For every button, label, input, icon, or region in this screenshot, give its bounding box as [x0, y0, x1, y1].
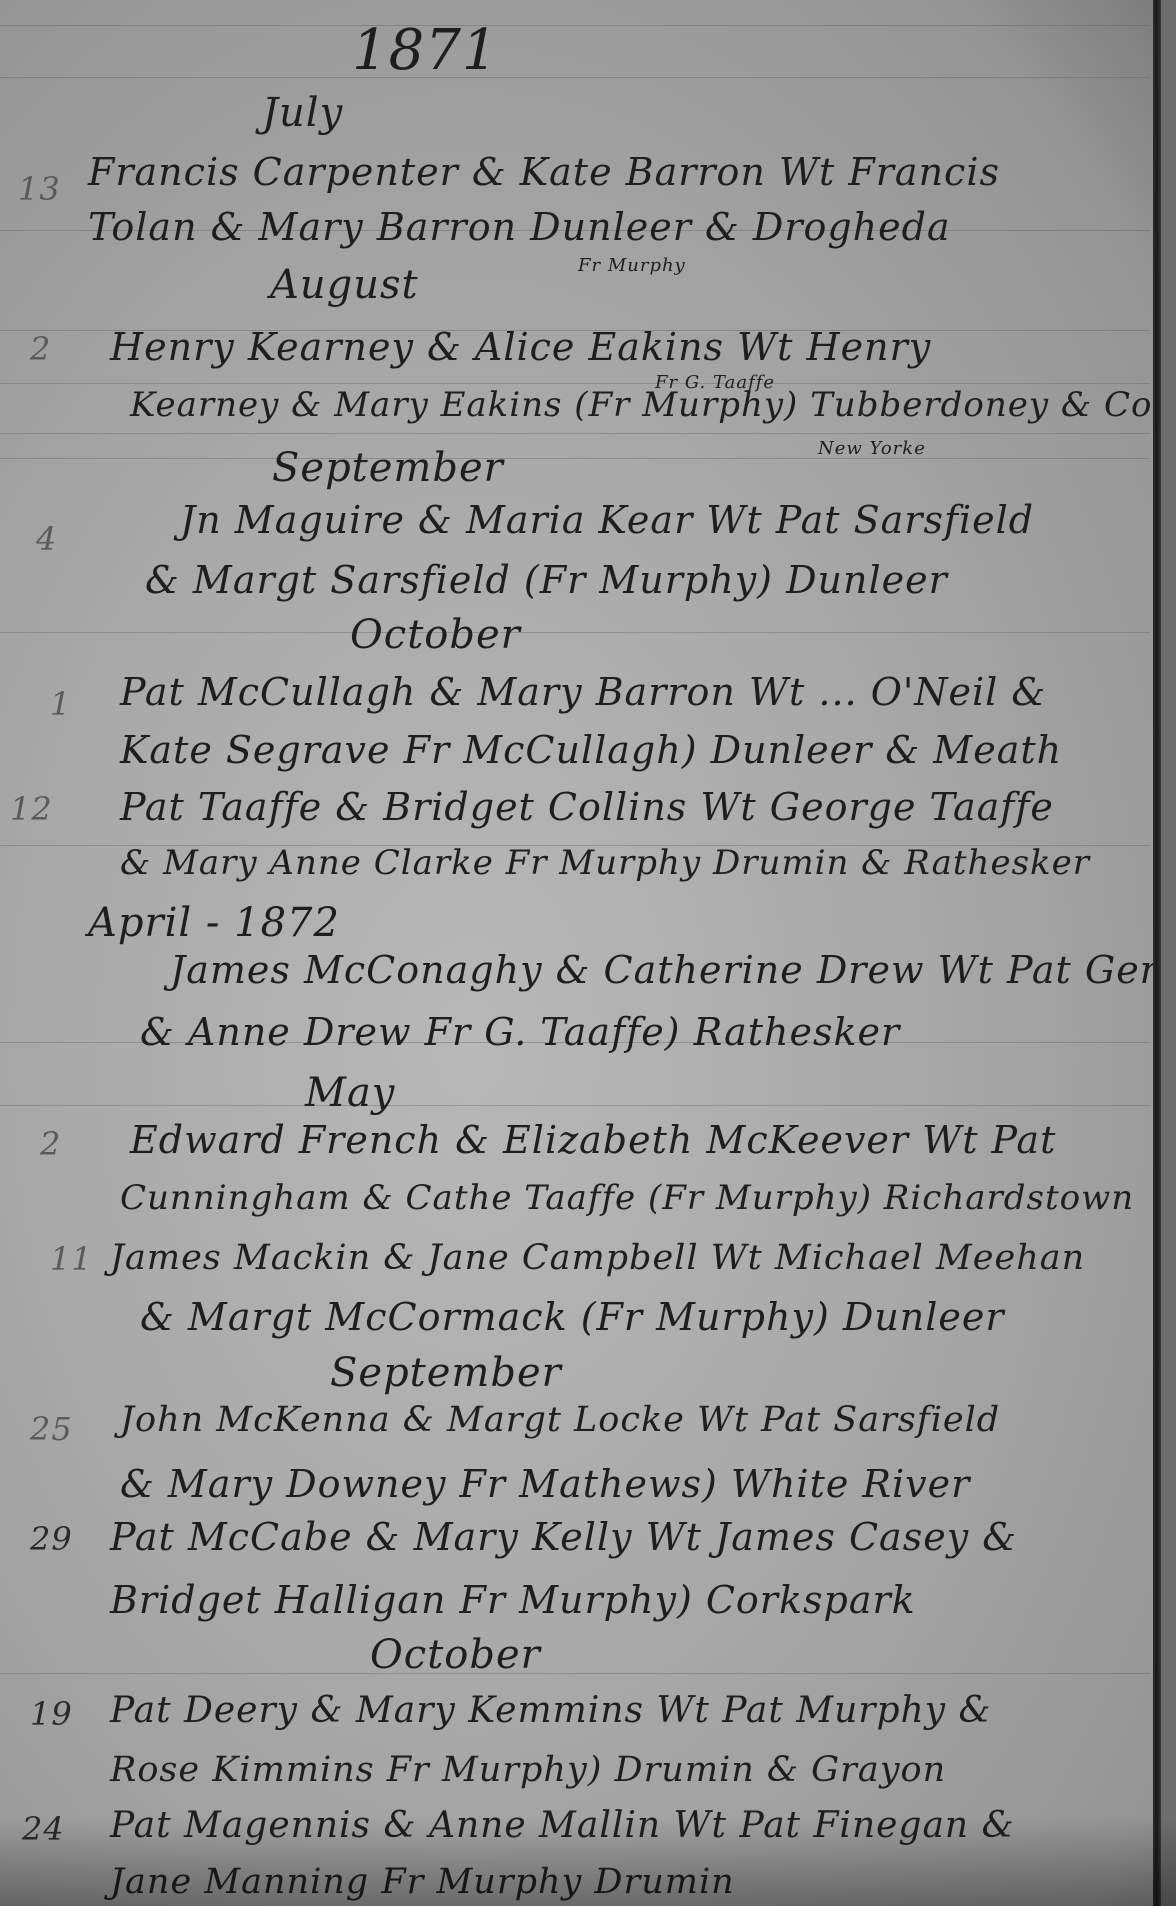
entry-line: & Mary Downey Fr Mathews) White River	[120, 1462, 970, 1506]
entry-day: 13	[18, 170, 61, 208]
entry-line: Edward French & Elizabeth McKeever Wt Pa…	[130, 1118, 1056, 1162]
entry-line: Kate Segrave Fr McCullagh) Dunleer & Mea…	[120, 728, 1062, 772]
facing-page-edge	[1161, 0, 1176, 1906]
month-heading: September	[330, 1350, 562, 1396]
entry-day: 29	[30, 1520, 73, 1558]
entry-line: & Margt Sarsfield (Fr Murphy) Dunleer	[145, 558, 948, 602]
entry-day: 11	[50, 1240, 93, 1278]
ruled-line	[0, 1105, 1150, 1106]
month-heading: August	[270, 262, 419, 308]
entry-line: John McKenna & Margt Locke Wt Pat Sarsfi…	[120, 1400, 1000, 1440]
year-heading: 1871	[352, 18, 499, 83]
ruled-line	[0, 383, 1150, 384]
destination-note: New Yorke	[818, 438, 926, 459]
entry-line: & Anne Drew Fr G. Taaffe) Rathesker	[140, 1010, 900, 1054]
month-heading: July	[262, 90, 343, 136]
entry-day: 25	[30, 1410, 73, 1448]
priest-note: Fr Murphy	[578, 255, 686, 276]
ruled-line	[0, 433, 1150, 434]
entry-day: 12	[10, 790, 53, 828]
ruled-line	[0, 25, 1150, 26]
ruled-line	[0, 1673, 1150, 1674]
entry-line: Henry Kearney & Alice Eakins Wt Henry	[110, 325, 931, 369]
month-heading: October	[370, 1632, 541, 1678]
entry-line: Jane Manning Fr Murphy Drumin	[110, 1862, 735, 1902]
entry-line: & Mary Anne Clarke Fr Murphy Drumin & Ra…	[120, 843, 1090, 883]
entry-day: 1	[50, 685, 71, 723]
entry-day: 4	[36, 520, 57, 558]
entry-line: Rose Kimmins Fr Murphy) Drumin & Grayon	[110, 1750, 946, 1790]
entry-line: Pat Taaffe & Bridget Collins Wt George T…	[120, 785, 1054, 829]
entry-day: 2	[30, 330, 51, 368]
entry-line: Bridget Halligan Fr Murphy) Corkspark	[110, 1578, 916, 1622]
month-heading: April - 1872	[88, 900, 340, 946]
month-heading: May	[305, 1070, 395, 1116]
month-heading: September	[272, 445, 504, 491]
ruled-line	[0, 458, 1150, 459]
entry-line: Pat Deery & Mary Kemmins Wt Pat Murphy &	[110, 1690, 992, 1731]
entry-line: Cunningham & Cathe Taaffe (Fr Murphy) Ri…	[120, 1178, 1134, 1218]
entry-line: Tolan & Mary Barron Dunleer & Drogheda	[88, 205, 951, 249]
entry-line: Pat Magennis & Anne Mallin Wt Pat Finega…	[110, 1805, 1015, 1846]
entry-line: Kearney & Mary Eakins (Fr Murphy) Tubber…	[130, 385, 1176, 425]
entry-line: Jn Maguire & Maria Kear Wt Pat Sarsfield	[180, 498, 1034, 542]
entry-line: Francis Carpenter & Kate Barron Wt Franc…	[88, 150, 1000, 194]
entry-line: & Margt McCormack (Fr Murphy) Dunleer	[140, 1295, 1005, 1339]
entry-line: Pat McCullagh & Mary Barron Wt ... O'Nei…	[120, 670, 1046, 714]
entry-day: 24	[22, 1810, 65, 1848]
ruled-line	[0, 77, 1150, 78]
entry-day: 19	[30, 1695, 73, 1733]
ruled-line	[0, 632, 1150, 633]
month-heading: October	[350, 612, 521, 658]
book-gutter	[1153, 0, 1161, 1906]
entry-day: 2	[40, 1125, 61, 1163]
entry-line: Pat McCabe & Mary Kelly Wt James Casey &	[110, 1515, 1017, 1559]
register-page: 1871 July 13 Francis Carpenter & Kate Ba…	[0, 0, 1176, 1906]
entry-line: James McConaghy & Catherine Drew Wt Pat …	[170, 948, 1176, 992]
entry-line: James Mackin & Jane Campbell Wt Michael …	[110, 1238, 1085, 1278]
